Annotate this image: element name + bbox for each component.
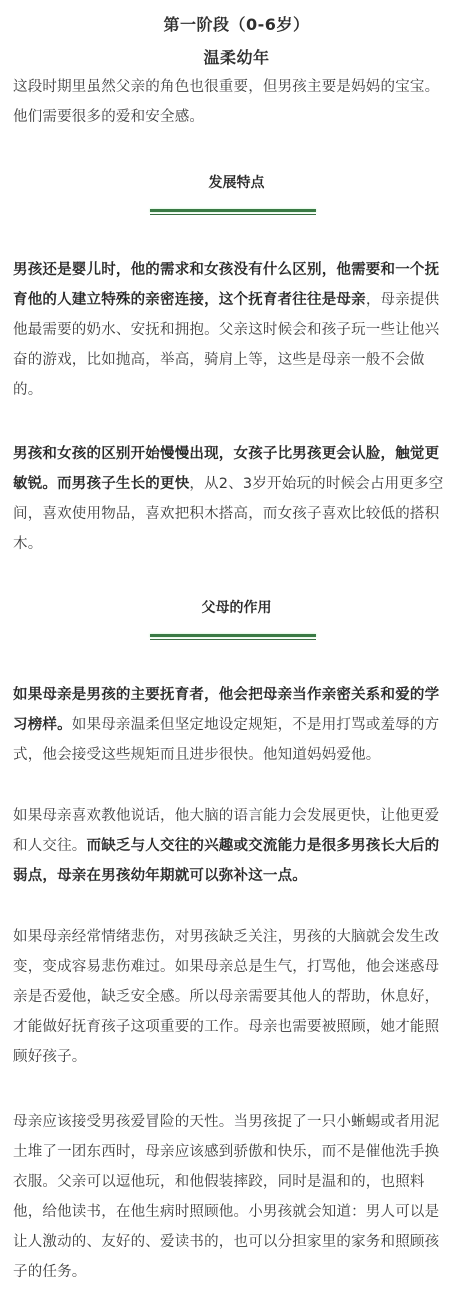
paragraph: 母亲应该接受男孩爱冒险的天性。当男孩捉了一只小蜥蜴或者用泥土堆了一团东西时，母亲… [13, 1107, 453, 1287]
paragraph: 如果母亲经常情绪悲伤，对男孩缺乏关注，男孩的大脑就会发生改变，变成容易悲伤难过。… [13, 922, 453, 1072]
paragraph-text: 母亲应该接受男孩爱冒险的天性。当男孩捉了一只小蜥蜴或者用泥土堆了一团东西时，母亲… [13, 1114, 439, 1280]
paragraph-text: 如果母亲温柔但坚定地设定规矩，不是用打骂或羞辱的方式，他会接受这些规矩而且进步很… [13, 717, 439, 763]
article-page: 第一阶段（0-6岁） 温柔幼年 这段时期里虽然父亲的角色也很重要，但男孩主要是妈… [0, 0, 473, 1299]
intro-paragraph: 这段时期里虽然父亲的角色也很重要，但男孩主要是妈妈的宝宝。他们需要很多的爱和安全… [13, 72, 453, 132]
section-divider [150, 209, 316, 215]
paragraph-text: 如果母亲经常情绪悲伤，对男孩缺乏关注，男孩的大脑就会发生改变，变成容易悲伤难过。… [13, 929, 439, 1065]
divider-thick-line [150, 634, 316, 637]
stage-subtitle: 温柔幼年 [0, 45, 473, 68]
paragraph: 如果母亲是男孩的主要抚育者，他会把母亲当作亲密关系和爱的学习榜样。如果母亲温柔但… [13, 680, 453, 770]
divider-thin-line [150, 214, 316, 215]
paragraph: 男孩还是婴儿时，他的需求和女孩没有什么区别，他需要和一个抚育他的人建立特殊的亲密… [13, 255, 453, 405]
stage-title: 第一阶段（0-6岁） [0, 12, 473, 35]
divider-thin-line [150, 639, 316, 640]
section-divider [150, 634, 316, 640]
section-heading-parent-role: 父母的作用 [0, 597, 473, 617]
divider-thick-line [150, 209, 316, 212]
paragraph: 如果母亲喜欢教他说话，他大脑的语言能力会发展更快，让他更爱和人交往。而缺乏与人交… [13, 801, 453, 891]
section-heading-development: 发展特点 [0, 172, 473, 192]
paragraph: 男孩和女孩的区别开始慢慢出现，女孩子比男孩更会认脸，触觉更敏锐。而男孩子生长的更… [13, 439, 453, 559]
